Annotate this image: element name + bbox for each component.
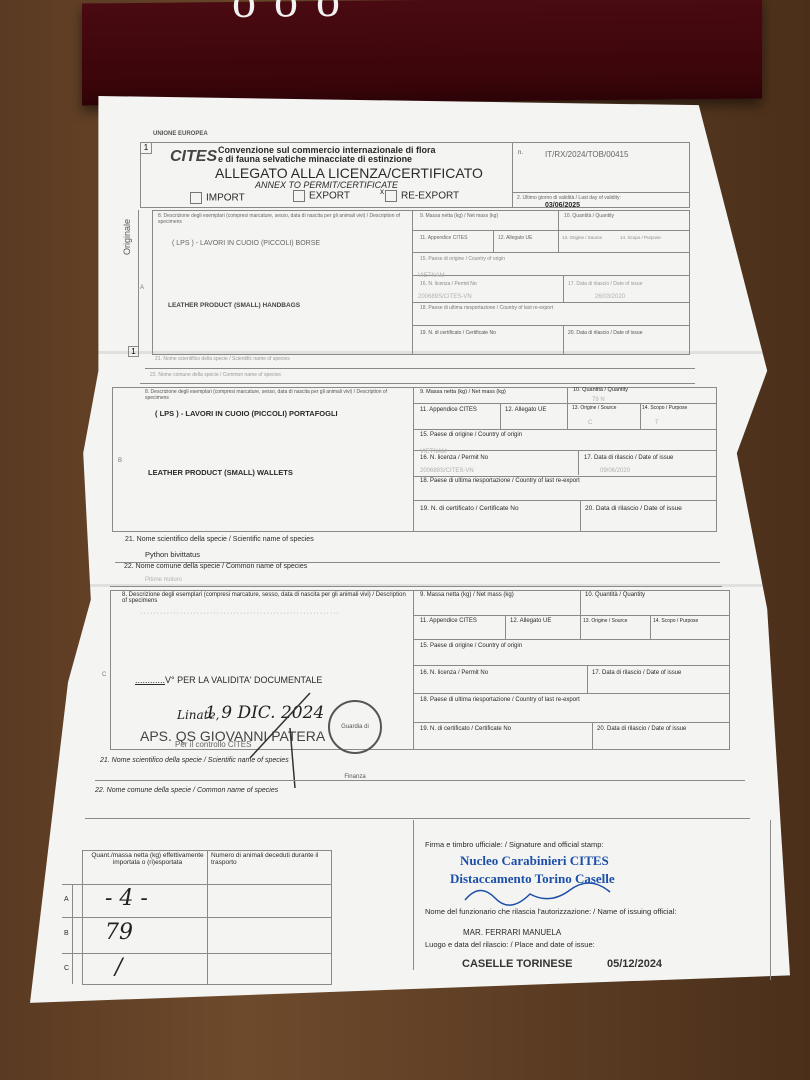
divider [500,403,501,429]
section-b-f10-label: 10. Quantità / Quantity [573,387,628,393]
validation-stamp-text: ............V° PER LA VALIDITA' DOCUMENT… [135,675,322,685]
section-b-letter: B [118,458,122,464]
section-a-description-en: LEATHER PRODUCT (SMALL) HANDBAGS [168,302,300,309]
divider [587,665,588,693]
section-a-f13-label: 13. Origine / Source [562,235,602,240]
section-b-scientific-name: Python bivittatus [145,550,200,559]
section-b-f15-label: 15. Paese di origine / Country of origin [420,432,522,438]
divider [412,275,690,276]
section-a-f17-label: 17. Data di rilascio / Date of issue [568,281,642,287]
field-8-label-c: 8. Descrizione degli esemplari (compresi… [122,592,412,604]
section-b-permit-no: 200689S/CITES-VN [420,468,474,474]
section-a-f11-label: 11. Appendice CITES [420,235,467,241]
reexport-checkbox[interactable]: x [385,190,397,202]
divider [72,884,73,984]
export-checkbox[interactable] [293,190,305,202]
section-b-f21-label: 21. Nome scientifico della specie / Scie… [125,536,314,543]
section-c-f11-label: 11. Appendice CITES [420,618,477,624]
signature-icon [460,880,620,910]
divider [62,884,332,885]
divider [563,325,564,355]
section-b-f18-label: 18. Paese di ultima riesportazione / Cou… [420,478,580,484]
last-valid-label: 2. Ultimo giorno di validità / Last day … [517,195,621,201]
section-a-permit-no: 200689S/CITES-VN [418,294,472,300]
divider [640,403,641,429]
section-c-f14-label: 14. Scopo / Purpose [653,618,698,624]
section-c-f16-label: 16. N. licenza / Permit No [420,670,488,676]
section-a-f14-label: 14. Scopo / Purpose [620,235,661,240]
section-c-letter: C [102,672,106,678]
section-b-common-name: Pitone moluro [145,577,182,583]
divider [62,953,332,954]
divider [563,275,564,302]
section-a-f12-label: 12. Allegato UE [498,235,532,241]
import-checkbox[interactable] [190,192,202,204]
section-c-f17-label: 17. Data di rilascio / Date of issue [592,670,681,676]
divider [110,586,722,587]
box-number: 1 [140,142,152,154]
divider [413,476,717,477]
divider [512,142,513,208]
section-c-f21-label: 21. Nome scientifico della specie / Scie… [100,757,289,764]
divider [413,722,730,723]
section-c-f9-label: 9. Massa netta (kg) / Net mass (kg) [420,592,514,598]
divider [95,780,745,781]
divider [558,210,559,252]
section-a-f10-label: 10. Quantità / Quantity [564,213,614,219]
field-8-label-b: 8. Descrizione degli esemplari (compresi… [145,389,410,401]
section-c-f20-label: 20. Data di rilascio / Date of issue [597,726,686,732]
section-b-f17-label: 17. Data di rilascio / Date of issue [584,455,673,461]
option-reexport[interactable]: xRE-EXPORT [385,190,459,202]
originale-side-label: Originale [122,219,132,255]
section-a-f16-label: 16. N. licenza / Permit No [420,281,477,287]
field-8-label: 8. Descrizione degli esemplari (compresi… [158,213,408,225]
section-b-description-en: LEATHER PRODUCT (SMALL) WALLETS [148,468,293,477]
section-b-description-it: ( LPS ) - LAVORI IN CUOIO (PICCOLI) PORT… [155,409,338,418]
section-a-f22-label: 22. Nome comune della specie / Common na… [150,372,281,378]
stamp-line-1: Nucleo Carabinieri CITES [460,853,609,869]
section-b-purpose: T [655,420,659,426]
cites-logo-icon: CITES [170,148,217,166]
divider [770,820,771,980]
last-valid-date: 03/06/2025 [545,202,580,209]
section-b-f19-label: 19. N. di certificato / Certificate No [420,505,519,512]
divider [413,590,414,750]
divider [580,615,581,639]
divider [592,722,593,750]
option-import[interactable]: IMPORT [190,192,245,204]
divider [567,387,568,429]
divider [413,615,730,616]
row-letter-c: C [64,965,69,972]
bag-logo: ooo [232,0,358,29]
divider [580,500,581,532]
divider [412,230,690,231]
quantity-table-col2-header: Numero di animali deceduti durante il tr… [211,852,331,866]
signature-label: Firma e timbro ufficiale: / Signature an… [425,840,604,849]
divider [580,590,581,615]
section-b-f14-label: 14. Scopo / Purpose [642,405,687,411]
blank-line: ········································… [140,610,340,617]
section-c-f19-label: 19. N. di certificato / Certificate No [420,726,511,732]
issue-place: CASELLE TORINESE [462,958,572,970]
quantity-table-col1-header: Quant./massa netta (kg) effettivamente i… [90,852,205,866]
section-a-f20-label: 20. Data di rilascio / Date of issue [568,330,642,336]
divider [505,615,506,639]
divider [412,252,690,253]
divider [138,210,139,355]
section-b-source: C [588,420,592,426]
option-export[interactable]: EXPORT [293,190,350,202]
number-label: n. [518,150,523,156]
section-b-f9-label: 9. Massa netta (kg) / Net mass (kg) [420,389,506,395]
row-letter-a: A [64,896,69,903]
divider [412,302,690,303]
signature-scribble-icon [240,688,340,788]
row-a-value: - 4 - [105,886,148,911]
section-c-f22-label: 22. Nome comune della specie / Common na… [95,787,278,794]
divider [140,383,695,384]
row-c-value: / [115,955,122,980]
section-b-f12-label: 12. Allegato UE [505,407,546,413]
section-a-f15-label: 15. Paese di origine / Country of origin [420,256,505,262]
section-a-f21-label: 21. Nome scientifico della specie / Scie… [155,356,290,362]
divider [650,615,651,639]
divider [493,230,494,252]
divider [85,818,750,819]
section-a-description-it: ( LPS ) - LAVORI IN CUOIO (PICCOLI) BORS… [172,240,320,247]
official-label: Nome del funzionario che rilascia l'auto… [425,907,676,916]
section-c-f15-label: 15. Paese di origine / Country of origin [420,643,522,649]
divider [413,665,730,666]
background-shopping-bag: ooo [82,0,762,106]
section-b-f16-label: 16. N. licenza / Permit No [420,455,488,461]
divider [413,693,730,694]
section-a-letter: A [140,285,144,291]
divider [413,429,717,430]
permit-number: IT/RX/2024/TOB/00415 [545,150,628,159]
divider [413,403,717,404]
section-c-f13-label: 13. Origine / Source [583,618,627,624]
divider [512,192,690,193]
convention-line-2: e di fauna selvatiche minacciate di esti… [218,154,412,164]
divider [413,820,414,970]
section-c-f10-label: 10. Quantità / Quantity [585,592,645,598]
divider [412,325,690,326]
section-a-country: VIETNAM [418,273,445,279]
document-subtitle: ANNEX TO PERMIT/CERTIFICATE [255,180,398,190]
official-name: MAR. FERRARI MANUELA [463,928,561,937]
section-a-f19-label: 19. N. di certificato / Certificate No [420,330,496,336]
section-b-permit-date: 09/06/2020 [600,468,630,474]
section-b-f20-label: 20. Data di rilascio / Date of issue [585,505,682,512]
divider [413,387,414,532]
issue-date: 05/12/2024 [607,958,662,970]
row-b-value: 79 [105,920,133,945]
box-number-2: 1 [128,346,139,357]
section-b-f11-label: 11. Appendice CITES [420,407,477,413]
section-a-f18-label: 18. Paese di ultima riesportazione / Cou… [420,305,553,311]
section-c-f12-label: 12. Allegato UE [510,618,551,624]
divider [413,639,730,640]
section-b-f13-label: 13. Origine / Source [572,405,616,411]
section-a-permit-date: 26/03/2020 [595,294,625,300]
document-title: ALLEGATO ALLA LICENZA/CERTIFICATO [215,165,483,181]
divider [413,450,717,451]
divider [145,368,695,369]
divider [412,210,413,355]
section-c-f18-label: 18. Paese di ultima riesportazione / Cou… [420,697,580,703]
row-letter-b: B [64,930,69,937]
section-a-f9-label: 9. Massa netta (kg) / Net mass (kg) [420,213,498,219]
divider [413,500,717,501]
divider [62,917,332,918]
divider [578,450,579,475]
union-label: UNIONE EUROPEA [153,131,208,137]
place-label: Luogo e data del rilascio: / Place and d… [425,940,595,949]
section-b-f22-label: 22. Nome comune della specie / Common na… [124,563,307,570]
